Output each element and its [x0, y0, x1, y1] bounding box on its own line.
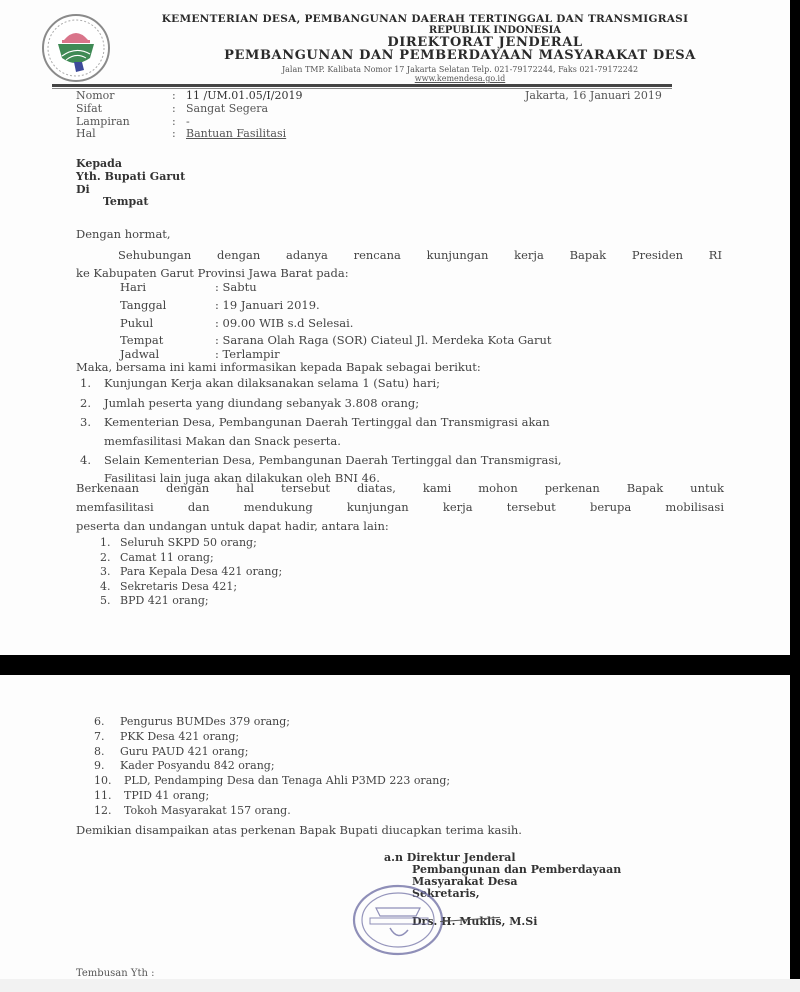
intro-line-1: Sehubungan dengan adanya rencana kunjung… [118, 248, 722, 262]
participant-number: 7. [94, 730, 105, 743]
meta-value-sifat: Sangat Segera [186, 102, 268, 115]
meta-colon: : [172, 89, 176, 102]
division-name: PEMBANGUNAN DAN PEMBERDAYAAN MASYARAKAT … [180, 48, 740, 63]
letter-page-1: KEMENTERIAN DESA, PEMBANGUNAN DAERAH TER… [0, 0, 790, 655]
closing-sentence: Demikian disampaikan atas perkenan Bapak… [76, 823, 522, 837]
info-item-number: 2. [80, 396, 91, 410]
cc-label: Tembusan Yth : [76, 968, 154, 979]
info-item-number: 4. [80, 453, 91, 467]
participant-item: TPID 41 orang; [124, 789, 209, 802]
participant-number: 4. [100, 580, 111, 593]
meta-colon: : [172, 127, 176, 140]
info-item-number: 3. [80, 415, 91, 429]
participant-item: Kader Posyandu 842 orang; [120, 759, 275, 772]
schedule-value: : Sabtu [215, 280, 257, 294]
participant-item: PKK Desa 421 orang; [120, 730, 239, 743]
official-stamp-icon [350, 880, 460, 958]
participant-item: Pengurus BUMDes 379 orang; [120, 715, 290, 728]
info-intro: Maka, bersama ini kami informasikan kepa… [76, 360, 481, 374]
participant-number: 6. [94, 715, 105, 728]
participant-number: 2. [100, 551, 111, 564]
ministry-logo-icon [40, 12, 112, 84]
recipient-di: Di [76, 183, 90, 196]
participant-item: Para Kepala Desa 421 orang; [120, 565, 282, 578]
schedule-value: : 09.00 WIB s.d Selesai. [215, 316, 353, 330]
request-line-1: Berkenaan dengan hal tersebut diatas, ka… [76, 481, 724, 495]
participant-number: 10. [94, 774, 112, 787]
info-item-text: Selain Kementerian Desa, Pembangunan Dae… [104, 453, 562, 467]
viewer-bottom-bar [0, 979, 800, 992]
recipient-name: Yth. Bupati Garut [76, 170, 185, 183]
schedule-label: Pukul [120, 316, 153, 330]
info-item-text-cont: memfasilitasi Makan dan Snack peserta. [104, 434, 341, 448]
participant-item: Sekretaris Desa 421; [120, 580, 237, 593]
website-link[interactable]: www.kemendesa.go.id [380, 74, 540, 83]
place-date: Jakarta, 16 Januari 2019 [525, 89, 662, 102]
participant-item: Guru PAUD 421 orang; [120, 745, 248, 758]
participant-number: 9. [94, 759, 105, 772]
schedule-value: : Sarana Olah Raga (SOR) Ciateul Jl. Mer… [215, 333, 552, 347]
participant-item: PLD, Pendamping Desa dan Tenaga Ahli P3M… [124, 774, 450, 787]
schedule-label: Tanggal [120, 298, 166, 312]
info-item-text: Jumlah peserta yang diundang sebanyak 3.… [104, 396, 419, 410]
participant-item: Tokoh Masyarakat 157 orang. [124, 804, 291, 817]
meta-label-hal: Hal [76, 127, 96, 140]
meta-label-sifat: Sifat [76, 102, 102, 115]
intro-line-2: ke Kabupaten Garut Provinsi Jawa Barat p… [76, 266, 349, 280]
recipient-kepada: Kepada [76, 157, 122, 170]
participant-item: BPD 421 orang; [120, 594, 209, 607]
info-item-number: 1. [80, 376, 91, 390]
info-item-text: Kunjungan Kerja akan dilaksanakan selama… [104, 376, 440, 390]
participant-item: Seluruh SKPD 50 orang; [120, 536, 257, 549]
participant-number: 12. [94, 804, 112, 817]
participant-number: 1. [100, 536, 111, 549]
ministry-name: KEMENTERIAN DESA, PEMBANGUNAN DAERAH TER… [120, 13, 730, 25]
info-item-text: Kementerian Desa, Pembangunan Daerah Ter… [104, 415, 550, 429]
meta-value-nomor: 11 /UM.01.05/I/2019 [186, 89, 302, 102]
participant-number: 8. [94, 745, 105, 758]
recipient-place: Tempat [103, 195, 148, 208]
meta-colon: : [172, 102, 176, 115]
salutation: Dengan hormat, [76, 227, 171, 241]
office-address: Jalan TMP. Kalibata Nomor 17 Jakarta Sel… [180, 65, 740, 74]
participant-number: 5. [100, 594, 111, 607]
schedule-value: : Terlampir [215, 347, 280, 361]
participant-number: 3. [100, 565, 111, 578]
letterhead-rule [52, 84, 672, 87]
request-line-3: peserta dan undangan untuk dapat hadir, … [76, 519, 389, 533]
schedule-label: Jadwal [120, 347, 159, 361]
participant-item: Camat 11 orang; [120, 551, 214, 564]
participant-number: 11. [94, 789, 112, 802]
schedule-value: : 19 Januari 2019. [215, 298, 320, 312]
schedule-label: Hari [120, 280, 146, 294]
meta-value-hal: Bantuan Fasilitasi [186, 127, 286, 140]
schedule-label: Tempat [120, 333, 163, 347]
request-line-2: memfasilitasi dan mendukung kunjungan ke… [76, 500, 724, 514]
meta-label-nomor: Nomor [76, 89, 115, 102]
